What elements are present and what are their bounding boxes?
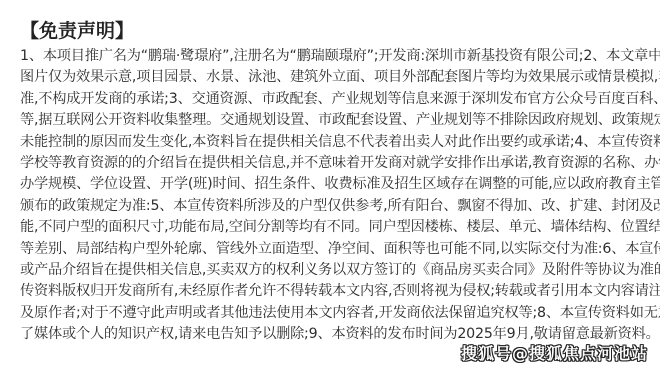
- disclaimer-line: 颁布的政策规定为准:5、本宣传资料所涉及的户型仅供参考,所有阳台、飘窗不得加、改…: [20, 196, 652, 217]
- disclaimer-line: 及原作者;对于不遵守此声明或者其他违法使用本文内容者,开发商依法保留追究权等;8…: [20, 303, 652, 324]
- disclaimer-body: 1、本项目推广名为“鹏瑞·鹭璟府”,注册名为“鹏瑞颐璟府”;开发商:深圳市新基投…: [20, 46, 652, 346]
- disclaimer-line: 或产品介绍旨在提供相关信息,买卖双方的权利义务以双方签订的《商品房买卖合同》及附…: [20, 260, 652, 281]
- disclaimer-line: 传资料版权归开发商所有,未经原作者允许不得转载本文内容,否则将视为侵权;转载或者…: [20, 281, 652, 302]
- disclaimer-title: 【免责声明】: [20, 18, 652, 44]
- disclaimer-line: 等差别、局部结构户型外轮廓、管线外立面造型、净空间、面积等也可能不同,以实际交付…: [20, 239, 652, 260]
- sohu-watermark: 搜狐号@搜狐焦点河池站: [461, 341, 648, 364]
- disclaimer-line: 等,据互联网公开资料收集整理。交通规划设置、市政配套设置、产业规划等不排除因政府…: [20, 110, 652, 131]
- disclaimer-line: 学校等教育资源的的介绍旨在提供相关信息,并不意味着开发商对就学安排作出承诺,教育…: [20, 153, 652, 174]
- disclaimer-line: 1、本项目推广名为“鹏瑞·鹭璟府”,注册名为“鹏瑞颐璟府”;开发商:深圳市新基投…: [20, 46, 652, 67]
- disclaimer-line: 未能控制的原因而发生变化,本资料旨在提供相关信息不代表着出卖人对此作出要约或承诺…: [20, 132, 652, 153]
- disclaimer-line: 准,不构成开发商的承诺;3、交通资源、市政配套、产业规划等信息来源于深圳发布官方…: [20, 89, 652, 110]
- disclaimer-line: 能,不同户型的面积尺寸,功能布局,空间分割等均有不同。同户型因楼栋、楼层、单元、…: [20, 217, 652, 238]
- disclaimer-document: 【免责声明】 1、本项目推广名为“鹏瑞·鹭璟府”,注册名为“鹏瑞颐璟府”;开发商…: [20, 18, 652, 346]
- disclaimer-line: 图片仅为效果示意,项目园景、水景、泳池、建筑外立面、项目外部配套图片等均为效果展…: [20, 67, 652, 88]
- disclaimer-line: 办学规模、学位设置、开学(班)时间、招生条件、收费标准及招生区域存在调整的可能,…: [20, 174, 652, 195]
